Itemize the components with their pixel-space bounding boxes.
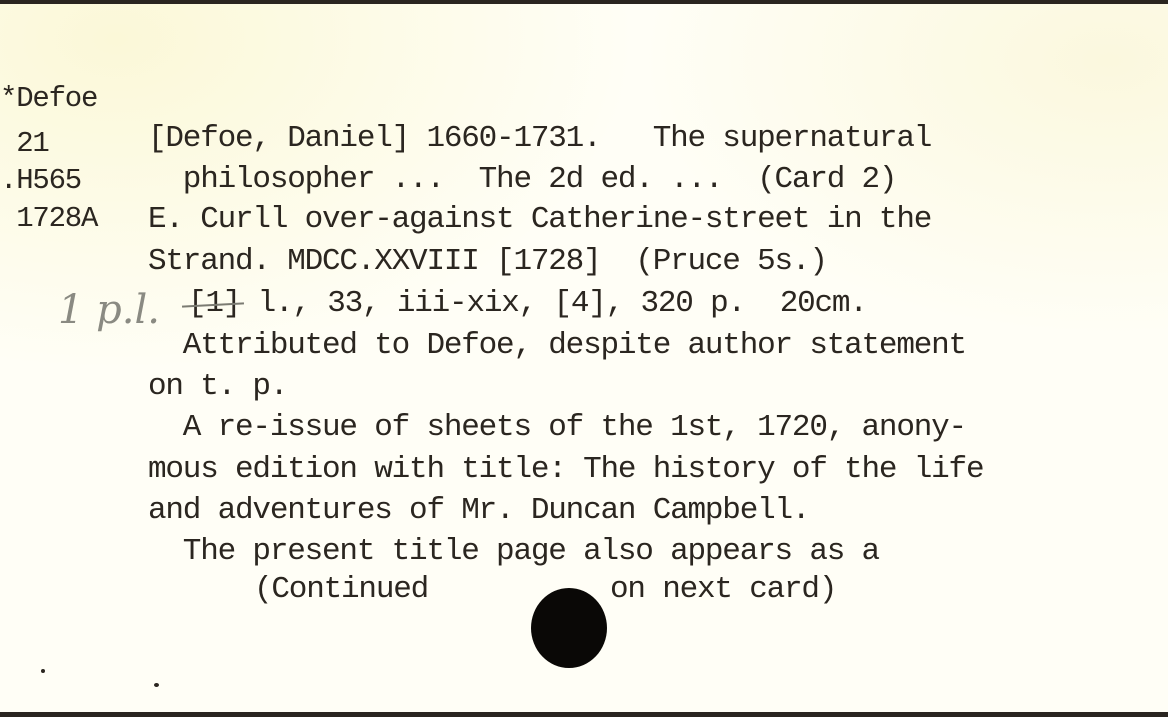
call-number-line: *Defoe (0, 84, 97, 113)
note-line: Attributed to Defoe, despite author stat… (148, 330, 966, 361)
note-line: on t. p. (148, 371, 287, 402)
collation-line: [1] l., 33, iii-xix, [4], 320 p. 20cm. (188, 288, 867, 319)
title-line: philosopher ... The 2d ed. ... (Card 2) (148, 164, 896, 195)
collation-text: l., 33, iii-xix, [4], 320 p. 20cm. (240, 286, 867, 321)
catalog-card: *Defoe 21 .H565 1728A [Defoe, Daniel] 16… (0, 4, 1168, 712)
note-line: and adventures of Mr. Duncan Campbell. (148, 495, 809, 526)
imprint-line: Strand. MDCC.XXVIII [1728] (Pruce 5s.) (148, 246, 827, 277)
call-number-line: .H565 (0, 166, 81, 195)
punch-hole (531, 588, 607, 668)
continued-label-right: on next card) (610, 574, 836, 605)
heading-line: [Defoe, Daniel] 1660-1731. The supernatu… (148, 123, 931, 154)
ink-speck (154, 683, 159, 687)
handwritten-annotation: 1 p.l. (58, 290, 160, 330)
call-number-line: 21 (0, 129, 49, 158)
imprint-line: E. Curll over-against Catherine-street i… (148, 204, 931, 235)
ink-speck (41, 669, 45, 673)
call-number-line: 1728A (0, 204, 97, 233)
note-line: mous edition with title: The history of … (148, 454, 983, 485)
continued-label: (Continued (254, 574, 428, 605)
struck-collation: [1] (188, 288, 240, 319)
note-line: A re-issue of sheets of the 1st, 1720, a… (148, 412, 966, 443)
note-line: The present title page also appears as a (148, 536, 879, 567)
